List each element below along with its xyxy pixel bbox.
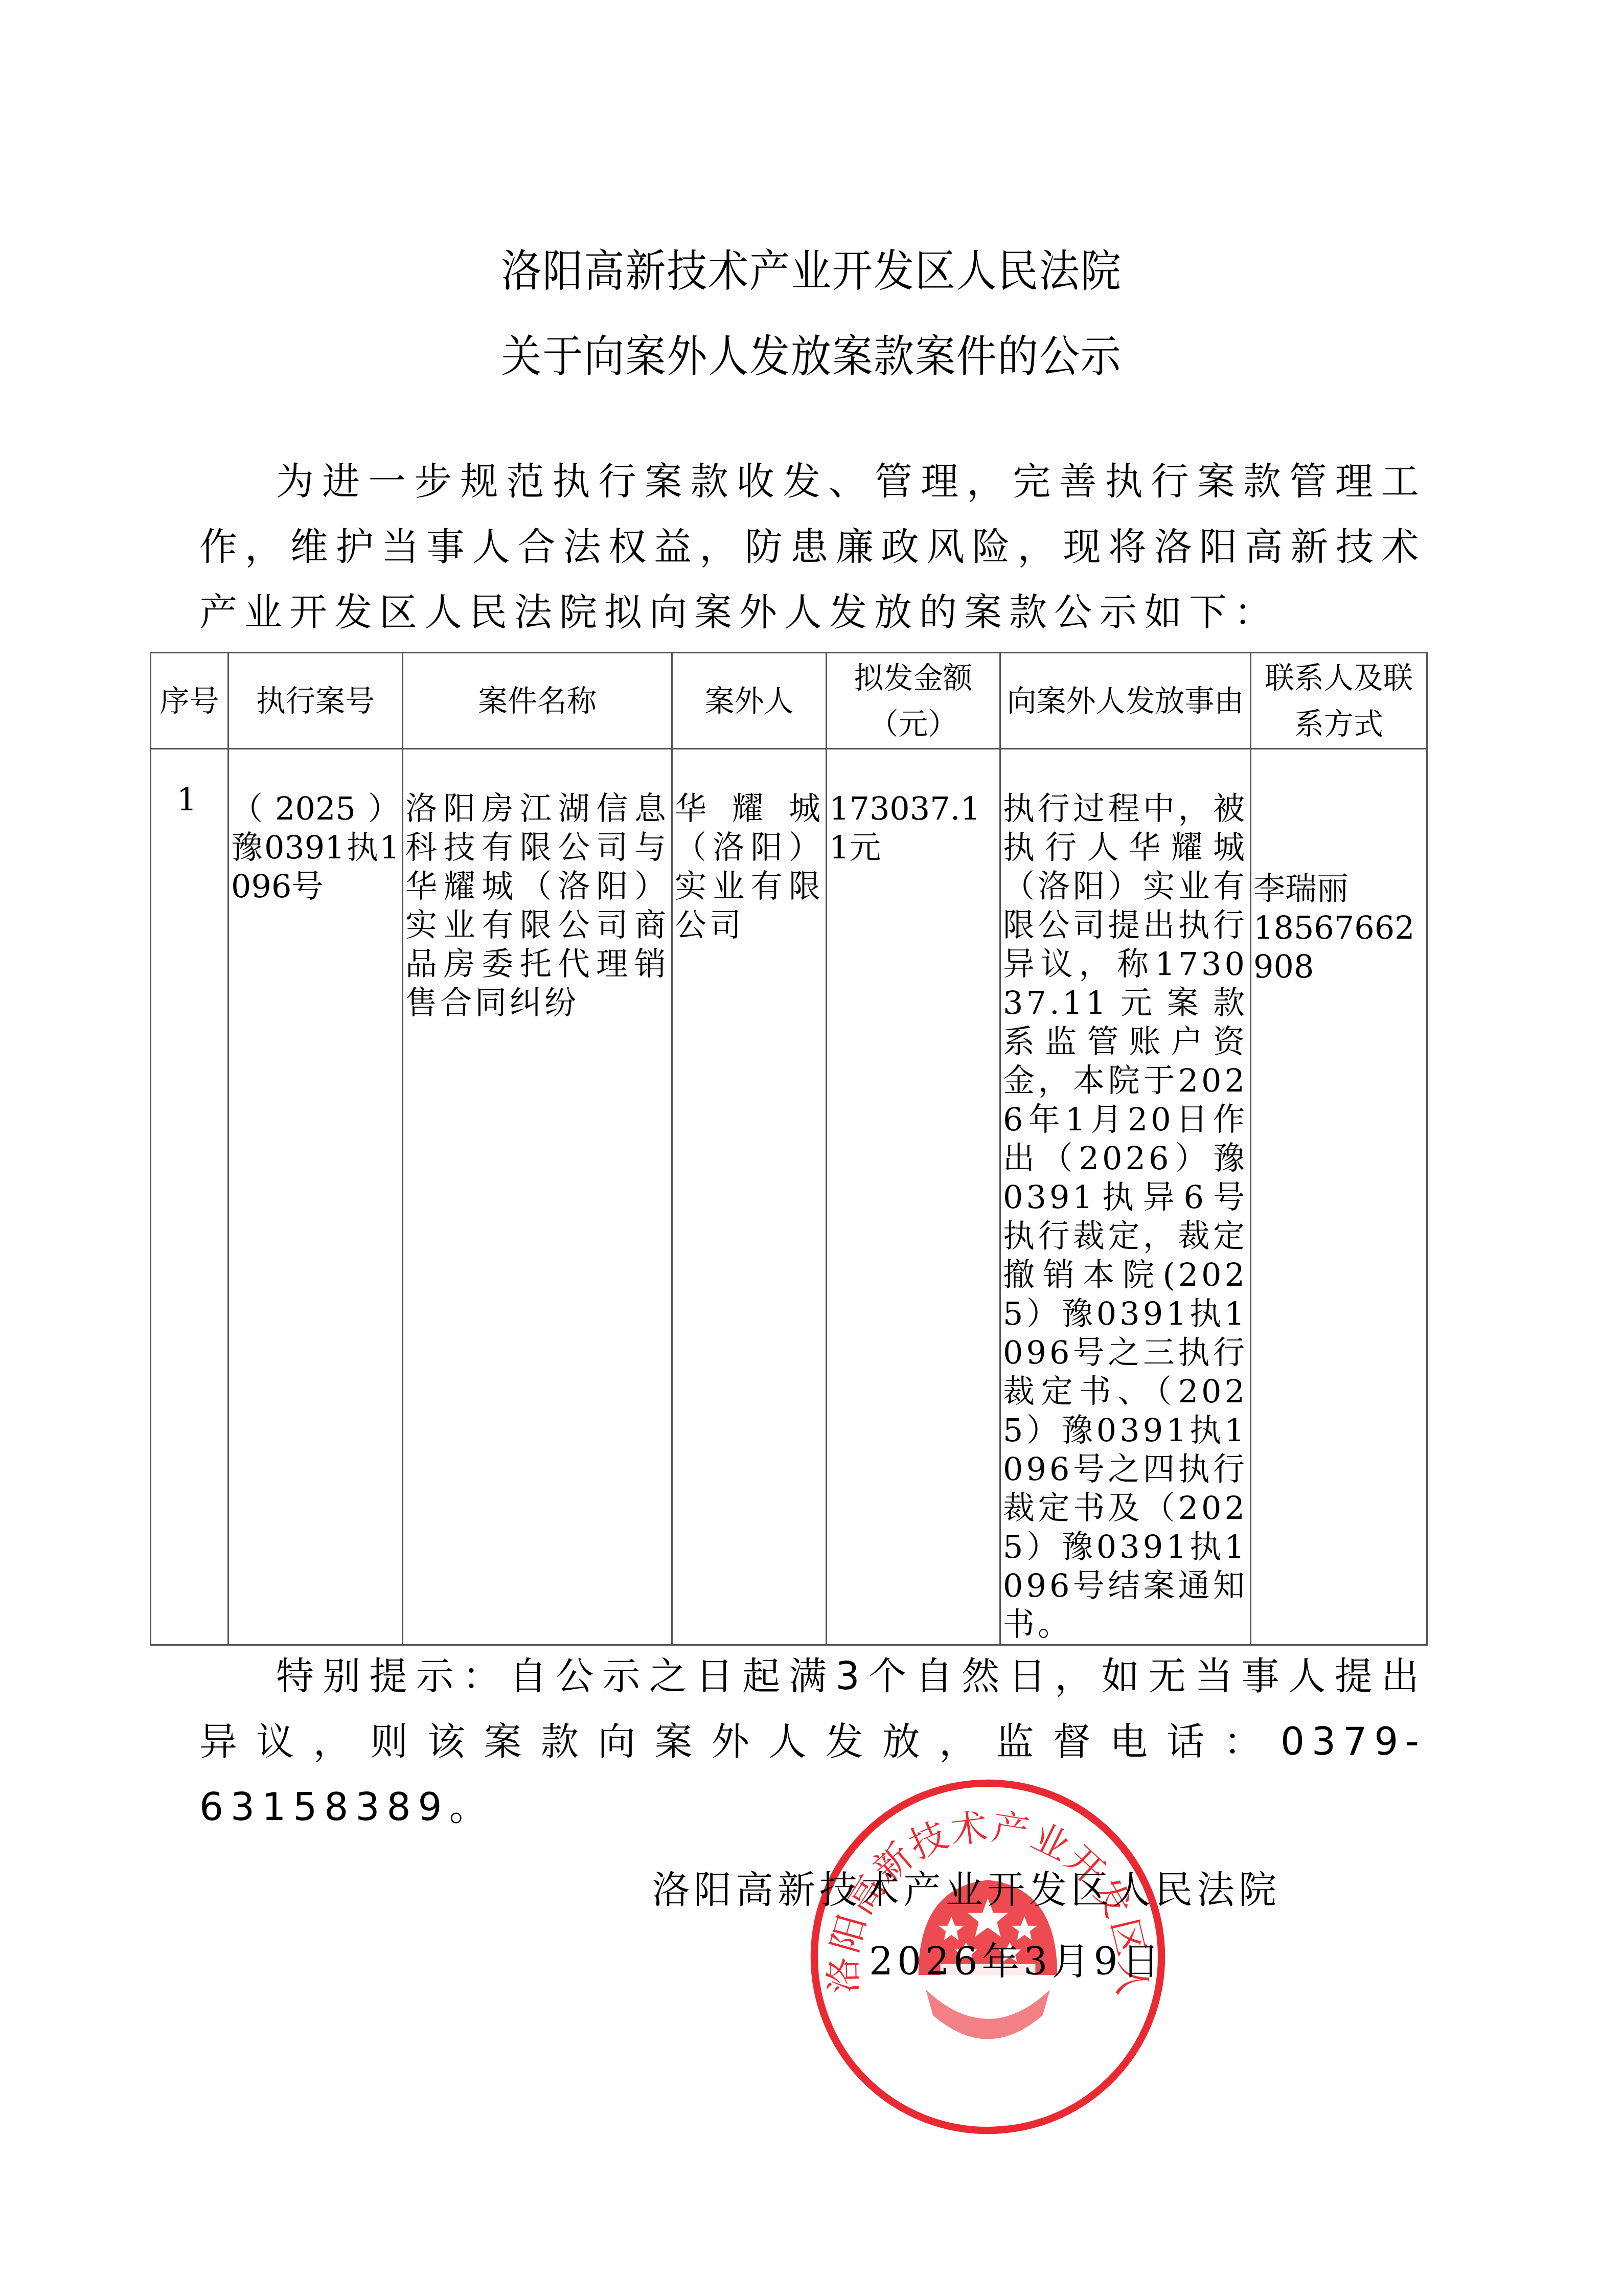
case-no-value: （2025）豫0391执1096号: [229, 749, 402, 906]
cell-case-name: 洛阳房江湖信息科技有限公司与华耀城（洛阳）实业有限公司商品房委托代理销售合同纠纷: [403, 749, 672, 1645]
table-header-row: 序号 执行案号 案件名称 案外人 拟发金额（元） 向案外人发放事由 联系人及联系…: [151, 653, 1427, 749]
cell-outsider: 华耀城（洛阳）实业有限公司: [672, 749, 827, 1645]
cell-reason: 执行过程中，被执行人华耀城（洛阳）实业有限公司提出执行异议，称173037.11…: [1000, 749, 1251, 1645]
document-title-line2: 关于向案外人发放案款案件的公示: [65, 335, 1558, 379]
header-seq: 序号: [151, 653, 228, 749]
header-amount: 拟发金额（元）: [827, 653, 1000, 749]
seq-value: 1: [151, 749, 227, 819]
case-name-value: 洛阳房江湖信息科技有限公司与华耀城（洛阳）实业有限公司商品房委托代理销售合同纠纷: [403, 749, 671, 1022]
table-row: 1 （2025）豫0391执1096号 洛阳房江湖信息科技有限公司与华耀城（洛阳…: [151, 749, 1427, 1645]
signature-court-name: 洛阳高新技术产业开发区人民法院: [652, 1871, 1281, 1909]
header-outsider: 案外人: [672, 653, 827, 749]
cell-case-no: （2025）豫0391执1096号: [228, 749, 403, 1645]
reason-value: 执行过程中，被执行人华耀城（洛阳）实业有限公司提出执行异议，称173037.11…: [1001, 749, 1250, 1644]
disbursement-table: 序号 执行案号 案件名称 案外人 拟发金额（元） 向案外人发放事由 联系人及联系…: [150, 652, 1428, 1646]
document-title-line1: 洛阳高新技术产业开发区人民法院: [65, 249, 1558, 293]
cell-contact: 李瑞丽 18567662908: [1251, 749, 1427, 1645]
signature-date: 2026年3月9日: [869, 1943, 1164, 1981]
header-case-no: 执行案号: [228, 653, 403, 749]
outsider-value: 华耀城（洛阳）实业有限公司: [673, 749, 826, 945]
header-reason: 向案外人发放事由: [1000, 653, 1251, 749]
amount-value: 173037.11元: [827, 749, 999, 867]
header-contact: 联系人及联系方式: [1251, 653, 1427, 749]
contact-name: 李瑞丽: [1253, 870, 1424, 908]
cell-seq: 1: [151, 749, 228, 1645]
intro-paragraph: 为进一步规范执行案款收发、管理，完善执行案款管理工作，维护当事人合法权益，防患廉…: [199, 449, 1426, 645]
cell-amount: 173037.11元: [827, 749, 1000, 1645]
contact-block: 李瑞丽 18567662908: [1251, 749, 1426, 986]
header-case-name: 案件名称: [403, 653, 672, 749]
contact-phone: 18567662908: [1253, 908, 1424, 986]
